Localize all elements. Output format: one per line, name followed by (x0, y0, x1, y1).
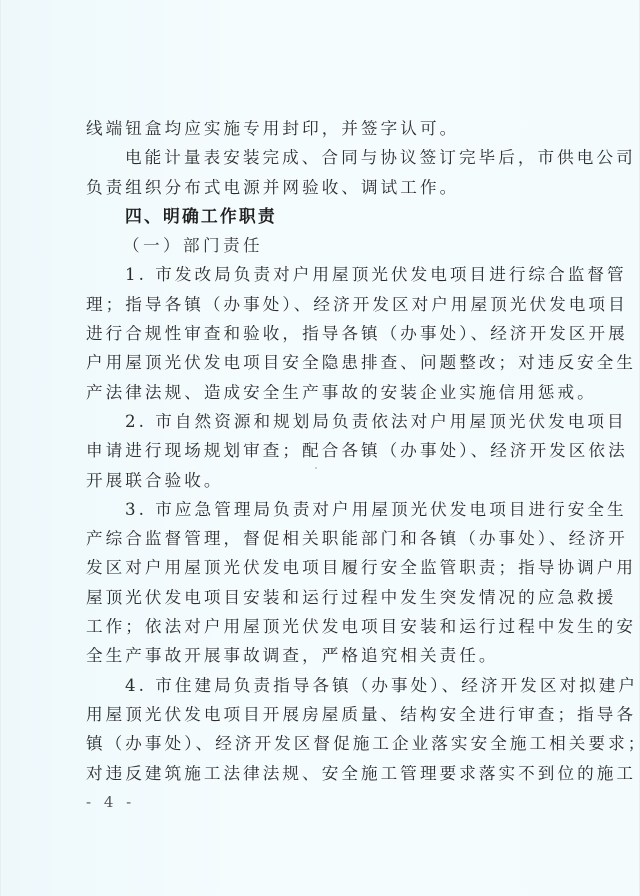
document-page: 线端钮盒均应实施专用封印，并签字认可。 电能计量表安装完成、合同与协议签订完毕后… (0, 0, 640, 896)
paragraph-line: 线端钮盒均应实施专用封印，并签字认可。 (86, 114, 560, 143)
paragraph-line: 申请进行现场规划审查；配合各镇（办事处）、经济开发区依法 (86, 436, 560, 465)
paragraph-line: 负责组织分布式电源并网验收、调试工作。 (86, 173, 560, 202)
paragraph-line: 工作；依法对户用屋顶光伏发电项目安装和运行过程中发生的安 (86, 612, 560, 641)
paragraph-line: 镇（办事处）、经济开发区督促施工企业落实安全施工相关要求； (86, 729, 560, 758)
paragraph-line: 户用屋顶光伏发电项目安全隐患排查、问题整改；对违反安全生 (86, 348, 560, 377)
paragraph-line: 用屋顶光伏发电项目开展房屋质量、结构安全进行审查；指导各 (86, 700, 560, 729)
paragraph-line: 对违反建筑施工法律法规、安全施工管理要求落实不到位的施工 (86, 759, 560, 788)
scan-speck (315, 467, 317, 469)
paragraph-line: 电能计量表安装完成、合同与协议签订完毕后，市供电公司 (86, 143, 560, 172)
section-heading: 四、明确工作职责 (86, 202, 560, 231)
paragraph-line: 屋顶光伏发电项目安装和运行过程中发生突发情况的应急救援 (86, 583, 560, 612)
paragraph-line: 开展联合验收。 (86, 466, 560, 495)
document-body: 线端钮盒均应实施专用封印，并签字认可。 电能计量表安装完成、合同与协议签订完毕后… (86, 114, 560, 788)
paragraph-line: 4. 市住建局负责指导各镇（办事处）、经济开发区对拟建户 (86, 671, 560, 700)
paragraph-line: 进行合规性审查和验收，指导各镇（办事处）、经济开发区开展 (86, 319, 560, 348)
paragraph-line: 产法律法规、造成安全生产事故的安装企业实施信用惩戒。 (86, 378, 560, 407)
subsection-heading: （一）部门责任 (86, 231, 560, 260)
paragraph-line: 产综合监督管理，督促相关职能部门和各镇（办事处）、经济开 (86, 524, 560, 553)
paragraph-line: 理；指导各镇（办事处）、经济开发区对户用屋顶光伏发电项目 (86, 290, 560, 319)
paragraph-line: 发区对户用屋顶光伏发电项目履行安全监管职责；指导协调户用 (86, 553, 560, 582)
paragraph-line: 2. 市自然资源和规划局负责依法对户用屋顶光伏发电项目 (86, 407, 560, 436)
paragraph-line: 3. 市应急管理局负责对户用屋顶光伏发电项目进行安全生 (86, 495, 560, 524)
page-number: - 4 - (86, 793, 135, 811)
paragraph-line: 1. 市发改局负责对户用屋顶光伏发电项目进行综合监督管 (86, 260, 560, 289)
paragraph-line: 全生产事故开展事故调查，严格追究相关责任。 (86, 641, 560, 670)
